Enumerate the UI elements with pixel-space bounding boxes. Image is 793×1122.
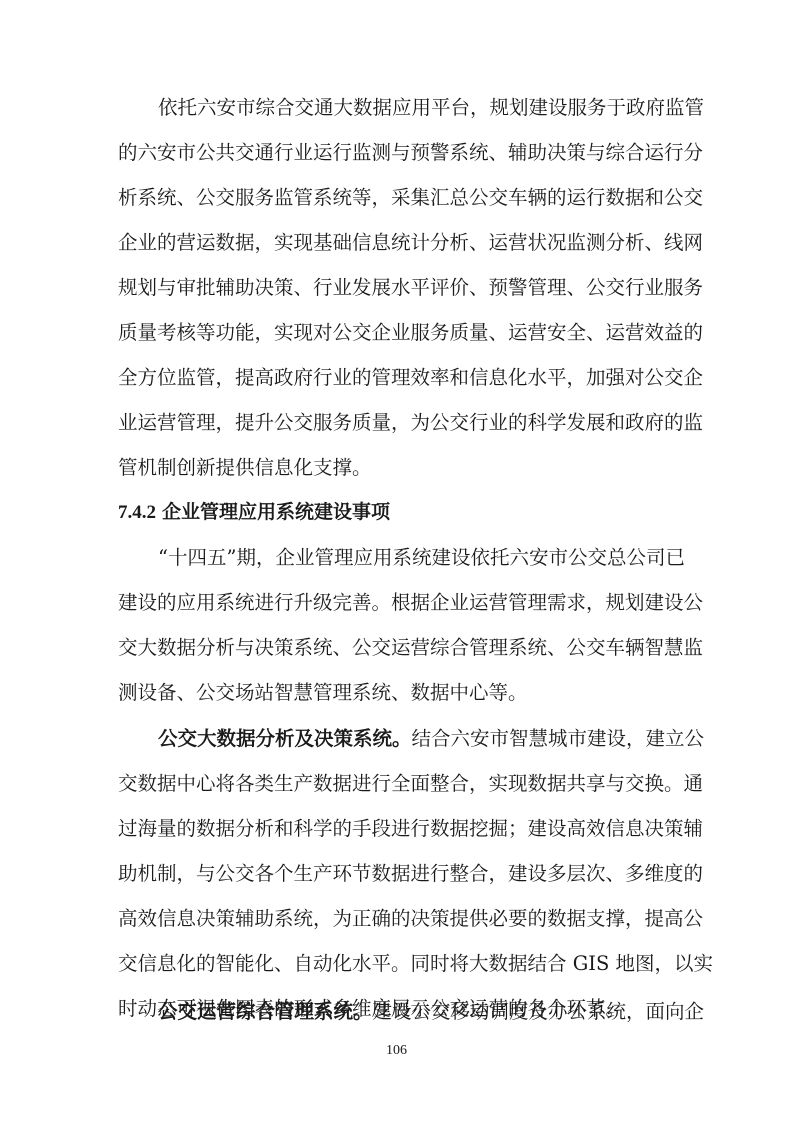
section-heading: 7.4.2企业管理应用系统建设事项 bbox=[118, 500, 390, 525]
paragraph-1-line: 依托六安市综合交通大数据应用平台，规划建设服务于政府监管 bbox=[118, 96, 678, 120]
paragraph-3-line: 高效信息决策辅助系统，为正确的决策提供必要的数据支撑，提高公 bbox=[118, 907, 678, 931]
paragraph-1-line: 的六安市公共交通行业运行监测与预警系统、辅助决策与综合运行分 bbox=[118, 141, 678, 165]
paragraph-1-line: 析系统、公交服务监管系统等，采集汇总公交车辆的运行数据和公交 bbox=[118, 186, 678, 210]
paragraph-2-line: “十四五”期，企业管理应用系统建设依托六安市公交总公司已 bbox=[118, 546, 678, 570]
paragraph-3-line: 过海量的数据分析和科学的手段进行数据挖掘；建设高效信息决策辅 bbox=[118, 817, 678, 841]
paragraph-1-line: 规划与审批辅助决策、行业发展水平评价、预警管理、公交行业服务 bbox=[118, 276, 678, 300]
paragraph-4-lead: 公交运营综合管理系统。 bbox=[158, 1000, 373, 1023]
paragraph-1-line: 企业的营运数据，实现基础信息统计分析、运营状况监测分析、线网 bbox=[118, 231, 678, 255]
paragraph-2-line: 建设的应用系统进行升级完善。根据企业运营管理需求，规划建设公 bbox=[118, 591, 678, 615]
paragraph-1-line: 质量考核等功能，实现对公交企业服务质量、运营安全、运营效益的 bbox=[118, 321, 678, 345]
section-number: 7.4.2 bbox=[118, 502, 156, 523]
paragraph-3-first-line: 公交大数据分析及决策系统。结合六安市智慧城市建设，建立公 bbox=[118, 727, 678, 751]
paragraph-1-line: 管机制创新提供信息化支撑。 bbox=[118, 456, 678, 480]
paragraph-3-first-rest: 结合六安市智慧城市建设，建立公 bbox=[412, 727, 705, 750]
paragraph-1-line: 业运营管理，提升公交服务质量，为公交行业的科学发展和政府的监 bbox=[118, 411, 678, 435]
paragraph-3-line: 交信息化的智能化、自动化水平。同时将大数据结合 GIS 地图，以实 bbox=[118, 952, 678, 976]
section-title: 企业管理应用系统建设事项 bbox=[162, 501, 390, 523]
paragraph-2-line: 测设备、公交场站智慧管理系统、数据中心等。 bbox=[118, 681, 678, 705]
paragraph-2-line: 交大数据分析与决策系统、公交运营综合管理系统、公交车辆智慧监 bbox=[118, 636, 678, 660]
paragraph-4-first-line: 公交运营综合管理系统。建设公交移动调度及办公系统，面向企 bbox=[118, 1000, 678, 1024]
paragraph-3-line: 交数据中心将各类生产数据进行全面整合，实现数据共享与交换。通 bbox=[118, 772, 678, 796]
page-number: 106 bbox=[0, 1043, 793, 1059]
paragraph-3-lead: 公交大数据分析及决策系统。 bbox=[158, 727, 412, 750]
paragraph-1-line: 全方位监管，提高政府行业的管理效率和信息化水平，加强对公交企 bbox=[118, 366, 678, 390]
paragraph-3-line: 助机制，与公交各个生产环节数据进行整合，建设多层次、多维度的 bbox=[118, 862, 678, 886]
paragraph-4-first-rest: 建设公交移动调度及办公系统，面向企 bbox=[373, 1000, 705, 1023]
